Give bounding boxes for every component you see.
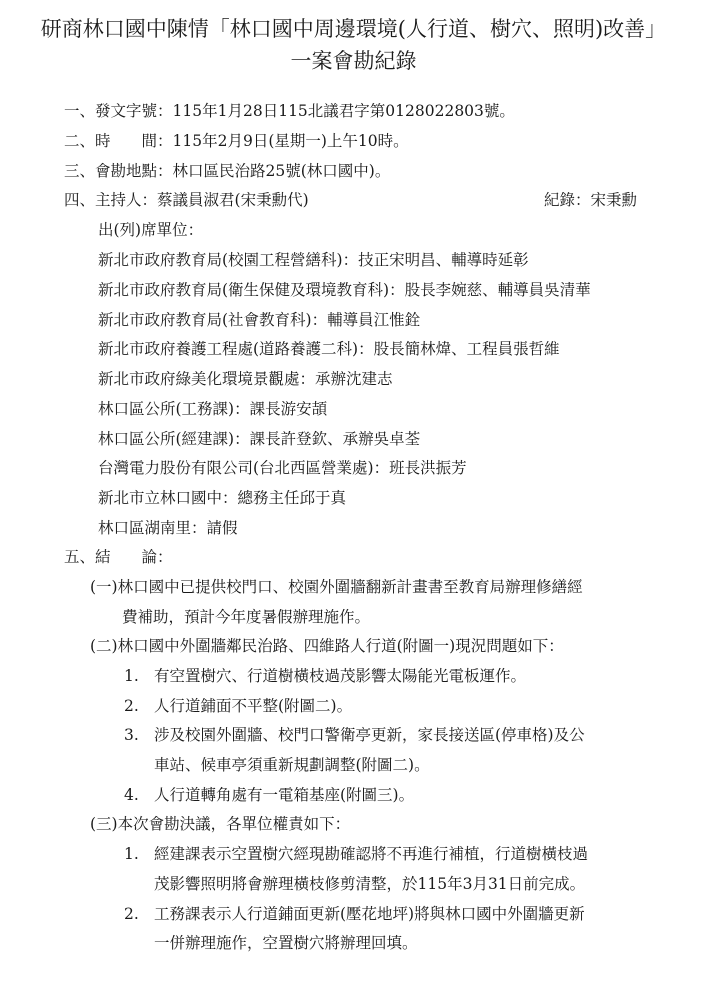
section-location: 三、會勘地點：林口區民治路25號(林口國中)。 <box>64 160 390 182</box>
section-label: 會勘地點 <box>95 162 157 180</box>
item-number: 2. <box>124 903 154 925</box>
section-label: 結 論： <box>95 548 173 566</box>
section-value: ：115年1月28日115北議君字第0128022803號。 <box>157 102 515 120</box>
item-text: 經建課表示空置樹穴經現勘確認將不再進行補植，行道樹橫枝過 <box>154 845 588 863</box>
attendee-item: 林口區湖南里：請假 <box>98 517 238 539</box>
section-document-number: 一、發文字號：115年1月28日115北議君字第0128022803號。 <box>64 100 515 122</box>
section-label: 主持人 <box>95 191 142 209</box>
item-text: 人行道鋪面不平整(附圖二)。 <box>154 697 352 715</box>
resolution-item-1-line2: 茂影響照明將會辦理橫枝修剪清整，於115年3月31日前完成。 <box>154 873 585 895</box>
section-marker: 一、 <box>64 102 95 120</box>
attendee-item: 林口區公所(工務課)：課長游安頡 <box>98 398 327 420</box>
section-label: 時 間 <box>95 132 157 150</box>
section-value: ：115年2月9日(星期一)上午10時。 <box>157 132 409 150</box>
section-marker: 五、 <box>64 548 95 566</box>
resolution-item-2: 2.工務課表示人行道鋪面更新(壓花地坪)將與林口國中外圍牆更新 <box>124 903 585 925</box>
issue-item-3: 3.涉及校園外圍牆、校門口警衛亭更新，家長接送區(停車格)及公 <box>124 724 585 746</box>
section-host: 四、主持人：蔡議員淑君(宋秉勳代) <box>64 189 309 211</box>
attendee-item: 新北市政府養護工程處(道路養護二科)：股長簡林煒、工程員張哲維 <box>98 338 560 360</box>
attendee-item: 新北市政府教育局(社會教育科)：輔導員江惟銓 <box>98 309 420 331</box>
attendee-item: 林口區公所(經建課)：課長許登欽、承辦吳卓荃 <box>98 428 420 450</box>
section-marker: 二、 <box>64 132 95 150</box>
attendee-item: 新北市立林口國中：總務主任邱于真 <box>98 487 346 509</box>
item-number: 2. <box>124 695 154 717</box>
attendee-item: 新北市政府綠美化環境景觀處：承辦沈建志 <box>98 368 393 390</box>
recorder: 紀錄：宋秉勳 <box>544 189 637 211</box>
document-title-line1: 研商林口國中陳情「林口國中周邊環境(人行道、樹穴、照明)改善」 <box>0 13 707 43</box>
conclusion-paragraph-3-heading: (三)本次會勘決議，各單位權責如下： <box>90 813 350 835</box>
issue-item-3-line2: 車站、候車亭須重新規劃調整(附圖二)。 <box>154 754 430 776</box>
item-text: 人行道轉角處有一電箱基座(附圖三)。 <box>154 786 414 804</box>
resolution-item-2-line2: 一併辦理施作，空置樹穴將辦理回填。 <box>154 932 418 954</box>
attendee-item: 台灣電力股份有限公司(台北西區營業處)：班長洪振芳 <box>98 457 467 479</box>
item-text: 工務課表示人行道鋪面更新(壓花地坪)將與林口國中外圍牆更新 <box>154 905 585 923</box>
item-number: 4. <box>124 784 154 806</box>
section-marker: 四、 <box>64 191 95 209</box>
issue-item-2: 2.人行道鋪面不平整(附圖二)。 <box>124 695 352 717</box>
issue-item-4: 4.人行道轉角處有一電箱基座(附圖三)。 <box>124 784 414 806</box>
item-number: 1. <box>124 843 154 865</box>
section-conclusion: 五、結 論： <box>64 546 173 568</box>
attendees-heading: 出(列)席單位： <box>98 219 203 241</box>
conclusion-paragraph-1-line2: 費補助，預計今年度暑假辦理施作。 <box>122 606 370 628</box>
item-number: 3. <box>124 724 154 746</box>
resolution-item-1: 1.經建課表示空置樹穴經現勘確認將不再進行補植，行道樹橫枝過 <box>124 843 588 865</box>
document-title-line2: 一案會勘紀錄 <box>0 45 707 75</box>
section-time: 二、時 間：115年2月9日(星期一)上午10時。 <box>64 130 409 152</box>
section-label: 發文字號 <box>95 102 157 120</box>
item-text: 有空置樹穴、行道樹橫枝過茂影響太陽能光電板運作。 <box>154 667 526 685</box>
issue-item-1: 1.有空置樹穴、行道樹橫枝過茂影響太陽能光電板運作。 <box>124 665 526 687</box>
attendee-item: 新北市政府教育局(校園工程營繕科)：技正宋明昌、輔導時延彰 <box>98 249 529 271</box>
section-marker: 三、 <box>64 162 95 180</box>
section-value: ：蔡議員淑君(宋秉勳代) <box>142 191 309 209</box>
conclusion-paragraph-1-line1: (一)林口國中已提供校門口、校園外圍牆翻新計畫書至教育局辦理修繕經 <box>90 576 583 598</box>
attendee-item: 新北市政府教育局(衛生保健及環境教育科)：股長李婉慈、輔導員吳清華 <box>98 279 591 301</box>
item-number: 1. <box>124 665 154 687</box>
conclusion-paragraph-2-heading: (二)林口國中外圍牆鄰民治路、四維路人行道(附圖一)現況問題如下： <box>90 635 564 657</box>
item-text: 涉及校園外圍牆、校門口警衛亭更新，家長接送區(停車格)及公 <box>154 726 585 744</box>
section-value: ：林口區民治路25號(林口國中)。 <box>157 162 390 180</box>
